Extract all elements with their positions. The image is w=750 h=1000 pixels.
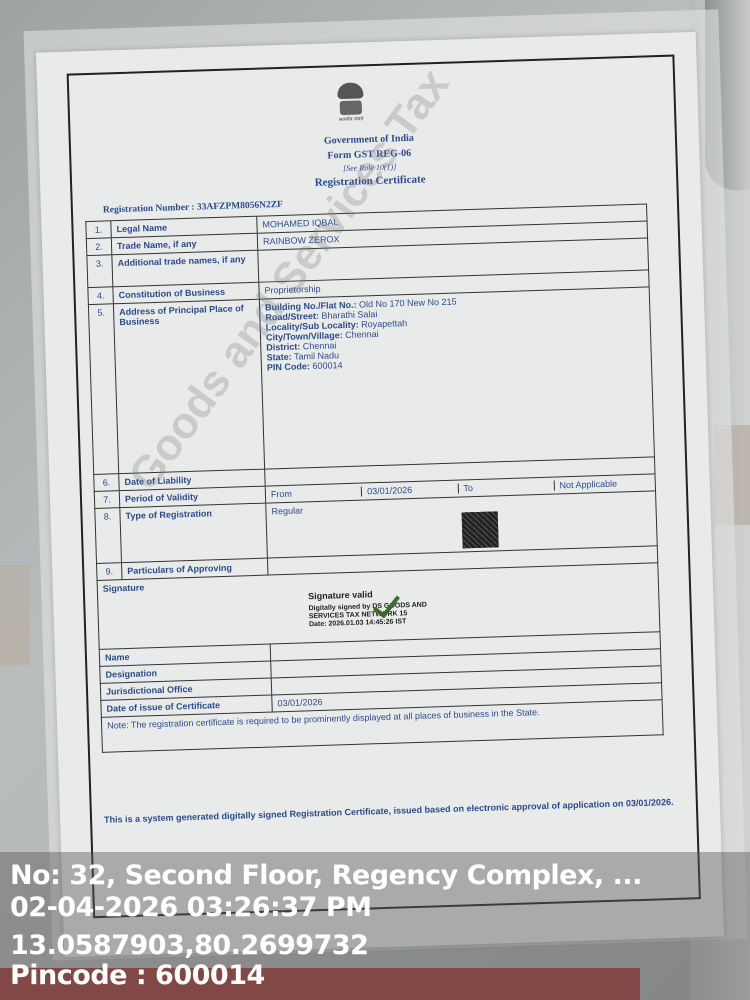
address-value: Building No./Flat No.: Old No 170 New No… [259, 287, 654, 469]
signature-details: Digitally signed by DS GOODS AND SERVICE… [308, 602, 427, 630]
qr-code-icon [462, 511, 499, 548]
row-number: 8. [95, 508, 122, 564]
row-number: 7. [94, 491, 120, 509]
address-locality: Royapettah [361, 318, 407, 329]
signature-label: Signature [103, 582, 145, 593]
address-city: Chennai [345, 329, 379, 340]
address-pin: 600014 [312, 360, 342, 371]
national-emblem-icon: सत्यमेव जयते [335, 82, 366, 123]
row-number: 9. [97, 563, 123, 581]
row-number: 6. [94, 474, 120, 492]
address-label: PIN Code: [267, 361, 310, 372]
table-row: 5. Address of Principal Place of Busines… [88, 287, 654, 475]
geotag-datetime: 02-04-2026 03:26:37 PM [10, 894, 371, 922]
certificate-table: 1. Legal Name MOHAMED IQBAL 2. Trade Nam… [85, 203, 663, 752]
row-label: Additional trade names, if any [112, 250, 259, 287]
row-number: 3. [87, 255, 113, 288]
validity-from-date: 03/01/2026 [361, 484, 458, 497]
emblem-caption: सत्यमेव जयते [336, 116, 366, 123]
row-label: Address of Principal Place of Business [113, 299, 264, 474]
geotag-coordinates: 13.0587903,80.2699732 [10, 932, 368, 960]
validity-to-label: To [457, 481, 554, 494]
geotag-address: No: 32, Second Floor, Regency Complex, .… [10, 862, 642, 890]
gst-certificate: सत्यमेव जयते Government of India Form GS… [36, 32, 724, 957]
registration-type-value: Regular [271, 505, 303, 516]
row-number: 4. [88, 287, 114, 305]
row-label: Type of Registration [120, 503, 268, 563]
signature-status: Signature valid [308, 589, 373, 601]
row-number: 1. [86, 221, 112, 239]
background-ruler-left [0, 565, 30, 665]
geotag-pincode: Pincode : 600014 [10, 962, 265, 990]
row-number: 2. [86, 238, 112, 256]
validity-from-label: From [271, 487, 362, 500]
validity-to-date: Not Applicable [553, 478, 650, 491]
